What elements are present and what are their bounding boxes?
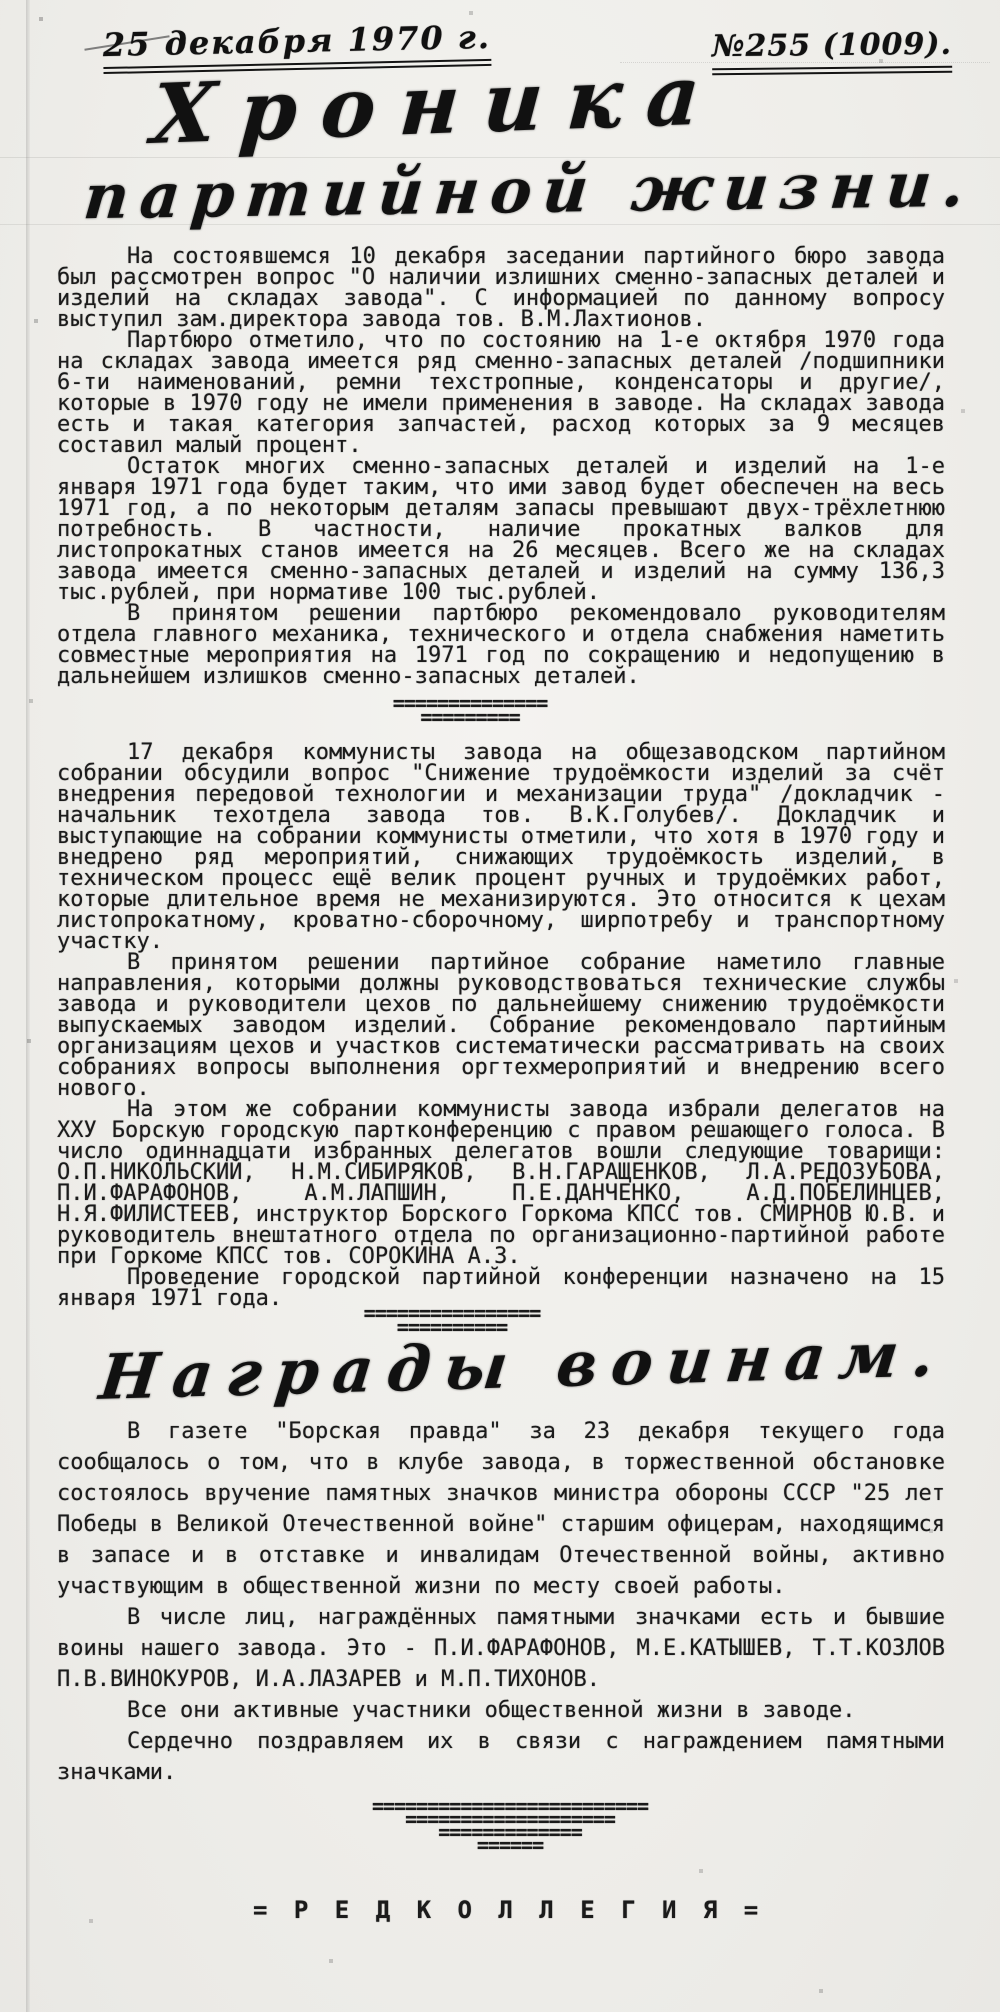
scanned-bulletin-page: 25 декабря 1970 г. №255 (1009). Хроника … xyxy=(0,0,1000,2012)
scan-edge-shadow xyxy=(26,0,30,2012)
chronicle-paragraph-1: На состоявшемся 10 декабря заседании пар… xyxy=(57,246,945,330)
chronicle-paragraph-2: Партбюро отметило, что по состоянию на 1… xyxy=(57,330,945,456)
page-title-line-1: Хроника xyxy=(149,54,726,156)
scan-artifact xyxy=(0,0,2,2)
divider-row: ====== xyxy=(10,1839,1000,1852)
awards-paragraph-3: Все они активные участники общественной … xyxy=(57,1695,945,1726)
issue-number: №255 (1009). xyxy=(712,27,952,76)
page-title-line-2: партийной жизни. xyxy=(81,154,978,229)
awards-paragraph-4: Сердечно поздравляем их в связи с награж… xyxy=(57,1726,945,1788)
section-meeting: 17 декабря коммунисты завода на общезаво… xyxy=(57,742,945,1309)
chronicle-paragraph-4: В принятом решении партбюро рекомендовал… xyxy=(57,603,945,687)
awards-paragraph-1: В газете "Борская правда" за 23 декабря … xyxy=(57,1416,945,1602)
pyramid-divider: ========================= ==============… xyxy=(10,1800,1000,1852)
divider-row: ========= xyxy=(0,710,970,724)
section-awards: В газете "Борская правда" за 23 декабря … xyxy=(57,1416,945,1788)
chronicle-paragraph-3: Остаток многих сменно-запасных деталей и… xyxy=(57,456,945,603)
awards-paragraph-2: В числе лиц, награждённых памятными знач… xyxy=(57,1602,945,1695)
section-chronicle: На состоявшемся 10 декабря заседании пар… xyxy=(57,246,945,687)
section-divider: ============== ========= xyxy=(0,696,970,724)
editorial-signature: = Р Е Д К О Л Л Е Г И Я = xyxy=(253,1896,764,1924)
meeting-paragraph-2: В принятом решении партийное собрание на… xyxy=(57,952,945,1099)
meeting-paragraph-3: На этом же собрании коммунисты завода из… xyxy=(57,1099,945,1267)
meeting-paragraph-1: 17 декабря коммунисты завода на общезаво… xyxy=(57,742,945,952)
